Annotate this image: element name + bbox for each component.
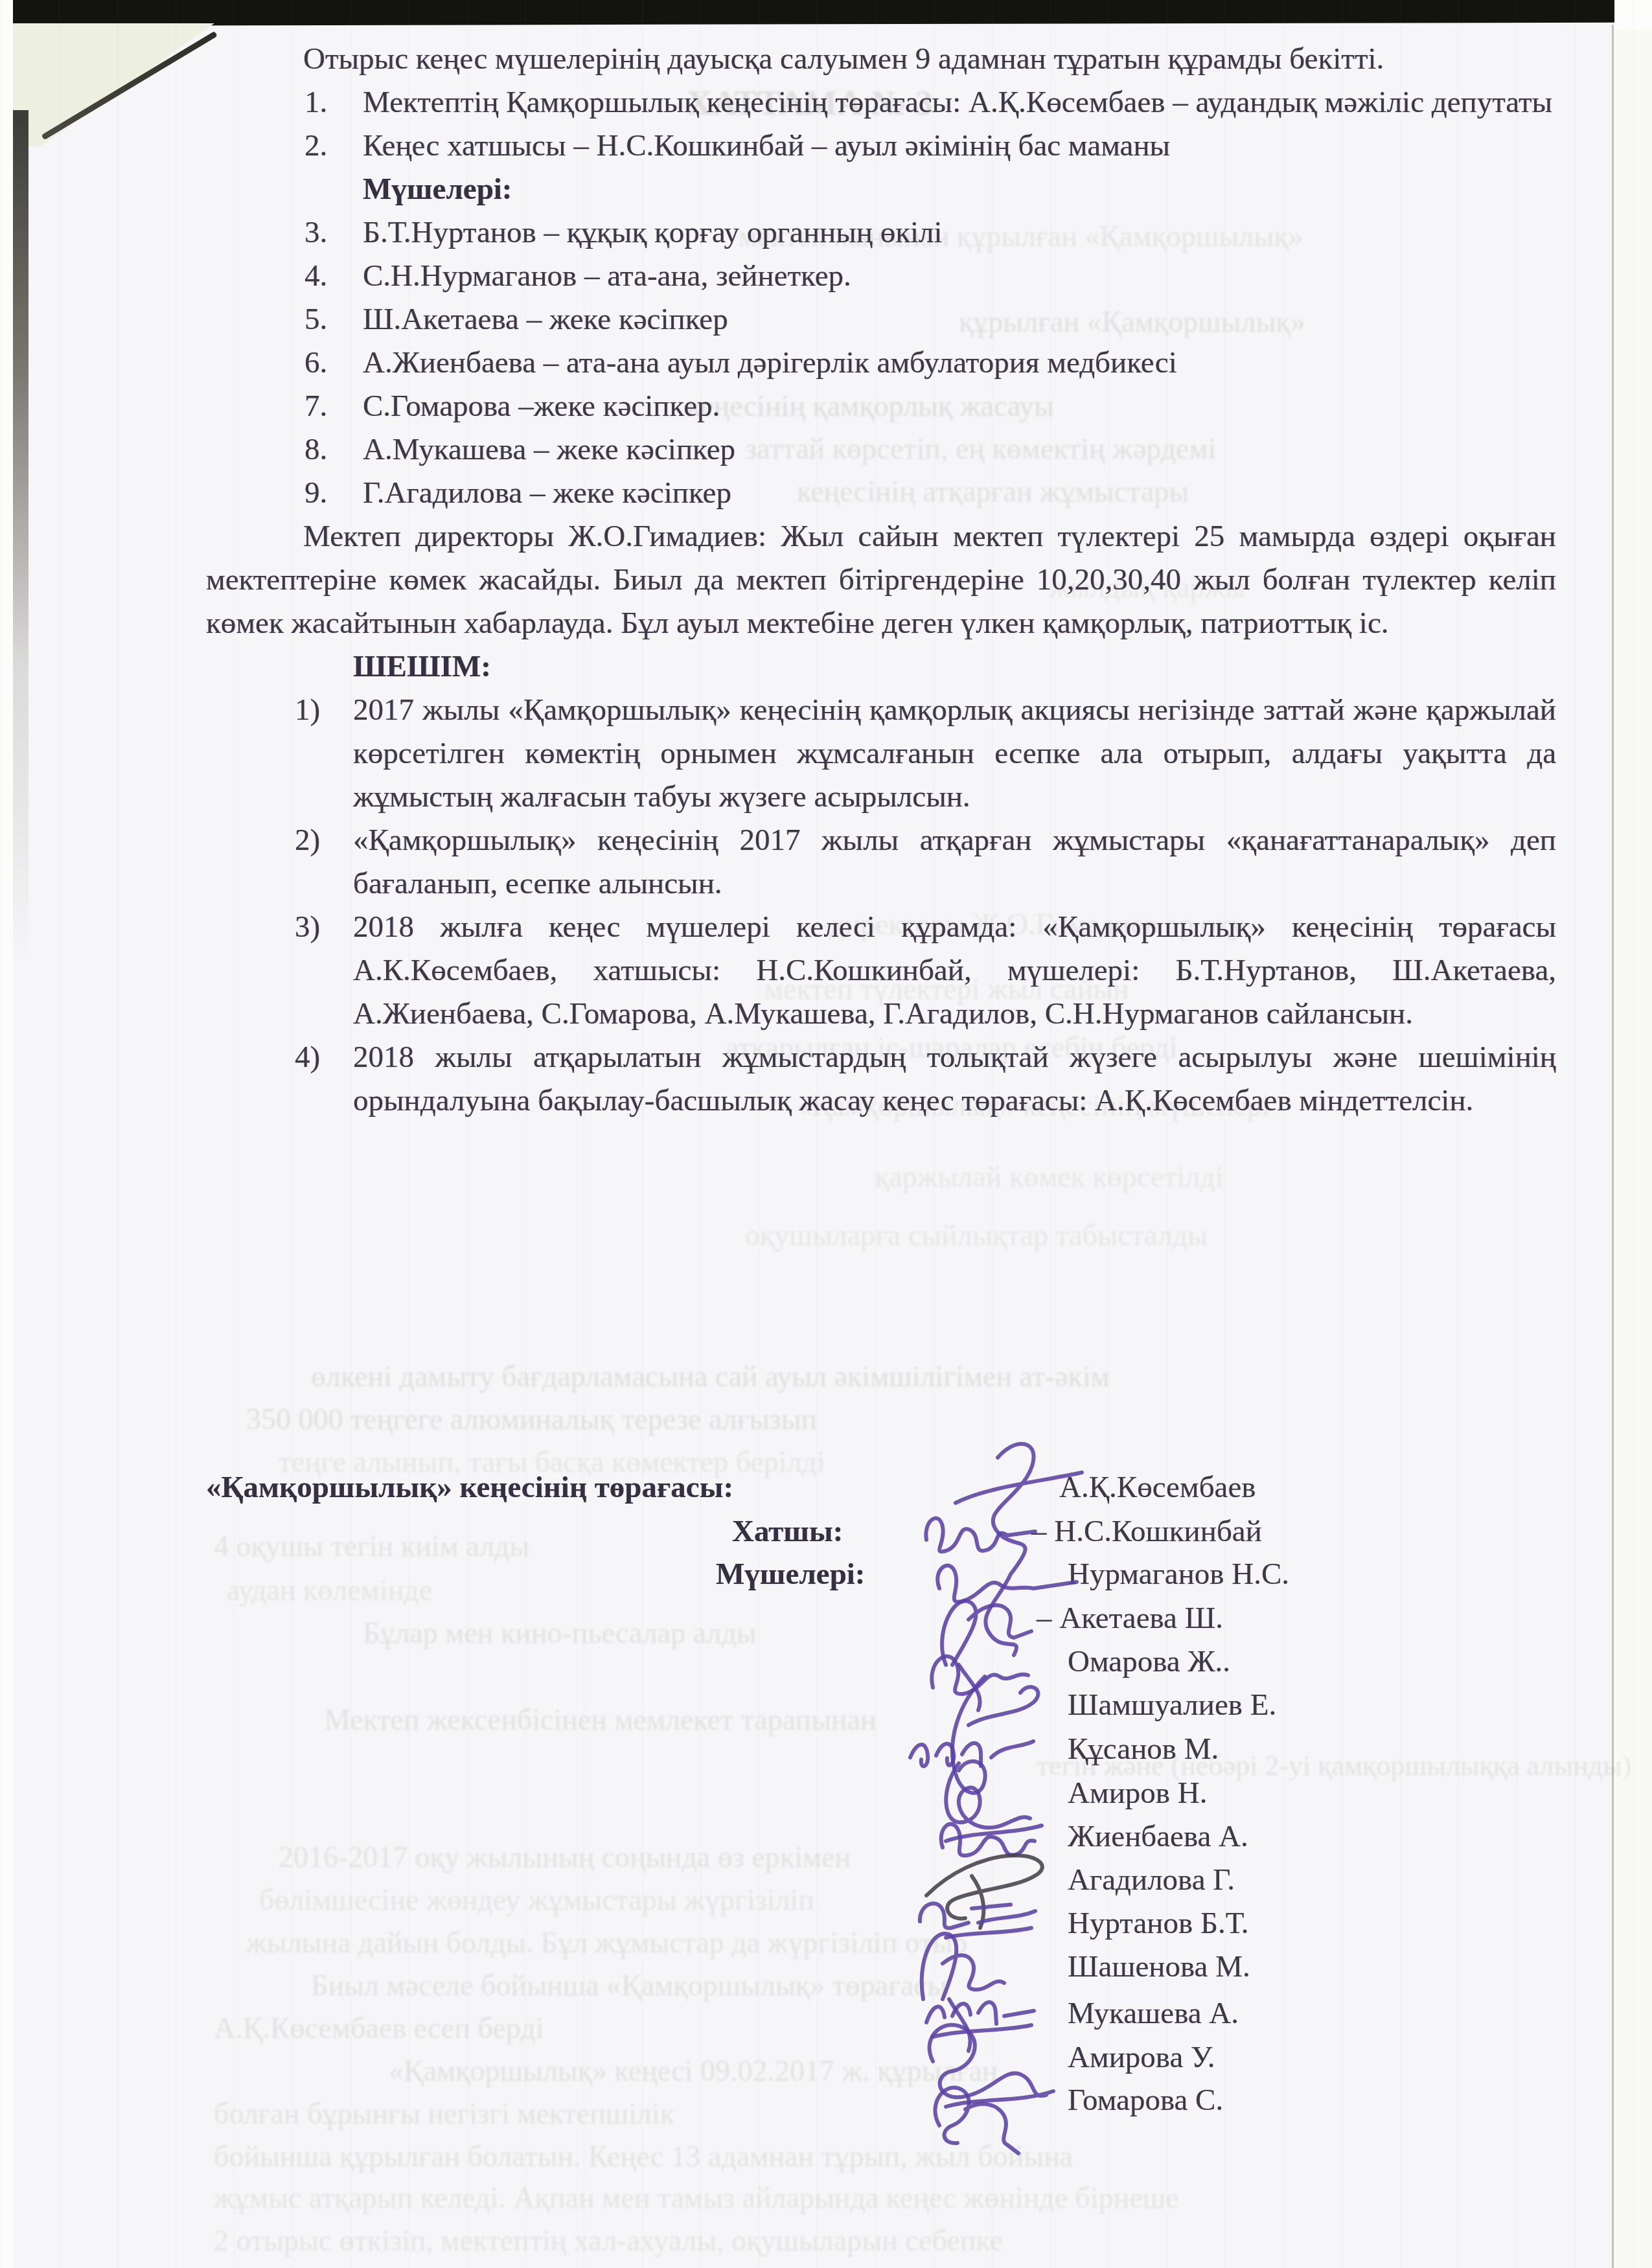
bleed-through-line: «Қамқоршылық» кеңесі 09.02.2017 ж. құрыл… xyxy=(389,2054,998,2088)
bleed-through-line: өлкені дамыту бағдарламасына сай ауыл әк… xyxy=(311,1359,1110,1393)
member-name: Амирова У. xyxy=(1068,2038,1215,2077)
bleed-through-line: қаржылай көмек көрсетілді xyxy=(875,1160,1223,1194)
bleed-through-line: бойынша құрылған болатын. Кеңес 13 адамн… xyxy=(214,2139,1073,2173)
chair-signature-row: «Қамқоршылық» кеңесінің төрағасы: xyxy=(206,1468,733,1507)
decision-text: 2018 жылы атқарылатын жұмыстардың толықт… xyxy=(353,1040,1556,1117)
zhienbaeva-signature xyxy=(941,1824,1035,1856)
list-marker: 3) xyxy=(295,906,350,949)
kusanov-signature xyxy=(910,1741,1033,1766)
list-item: 4. С.Н.Нурмаганов – ата-ана, зейнеткер. xyxy=(206,255,1556,298)
decision-text: 2018 жылға кеңес мүшелері келесі құрамда… xyxy=(353,910,1556,1031)
director-paragraph: Мектеп директоры Ж.О.Гимадиев: Жыл сайын… xyxy=(206,515,1556,645)
list-item-text: С.Гомарова –жеке кәсіпкер. xyxy=(363,389,720,423)
bleed-through-line: бөлімшесіне жөндеу жұмыстары жүргізіліп xyxy=(259,1883,814,1917)
bleed-through-line: аудан көлемінде xyxy=(227,1573,432,1607)
amirov-signature xyxy=(946,1763,1042,1841)
bleed-through-line: 4 оқушы тегін киім алды xyxy=(214,1529,529,1563)
member-name: Амиров Н. xyxy=(1068,1774,1207,1813)
scanned-document-page: ХАТТАМА № 3мектеп жанынан құрылған «Қамқ… xyxy=(0,0,1652,2268)
list-item-text: Ш.Акетаева – жеке кәсіпкер xyxy=(363,303,728,336)
member-name: Омарова Ж.. xyxy=(1068,1642,1230,1681)
amirova-signature xyxy=(930,2025,1053,2107)
member-name: Шашенова М. xyxy=(1068,1947,1250,1986)
member-name: Гомарова С. xyxy=(1068,2081,1223,2120)
bleed-through-line: Мектеп жексенбісінен мемлекет тарапынан xyxy=(324,1702,877,1737)
secretary-label: Хатшы: xyxy=(732,1512,843,1551)
list-marker: 3. xyxy=(304,211,360,255)
list-item: 8. А.Мукашева – жеке кәсіпкер xyxy=(206,428,1556,472)
list-marker: 2. xyxy=(304,124,360,168)
member-name: Нуртанов Б.Т. xyxy=(1068,1904,1248,1943)
shashenova-signature xyxy=(922,1934,1004,2051)
list-item-text: А.Мукашева – жеке кәсіпкер xyxy=(363,433,735,466)
agadilova-signature xyxy=(926,1855,1042,1928)
decision-item: 3) 2018 жылға кеңес мүшелері келесі құра… xyxy=(206,906,1556,1036)
document-body: Отырыс кеңес мүшелерінің дауысқа салуыме… xyxy=(0,0,1652,1123)
decisions-list: 1) 2017 жылы «Қамқоршылық» кеңесінің қам… xyxy=(206,689,1556,1123)
list-item-text: Мектептің Қамқоршылық кеңесінің төрағасы… xyxy=(363,86,1552,119)
list-marker: 7. xyxy=(304,385,360,428)
bleed-through-line: Бұлар мен кино-пьесалар алды xyxy=(363,1616,757,1650)
list-marker: 8. xyxy=(304,428,360,472)
list-marker: 6. xyxy=(304,341,360,385)
list-item-text: Б.Т.Нуртанов – құқық қорғау органның өкі… xyxy=(363,216,943,249)
decision-text: «Қамқоршылық» кеңесінің 2017 жылы атқарғ… xyxy=(353,823,1556,900)
koshkinbai-signature xyxy=(926,1518,1035,1552)
list-item-text: С.Н.Нурмаганов – ата-ана, зейнеткер. xyxy=(363,259,851,293)
members-heading: Мүшелері: xyxy=(206,168,1556,211)
chair-name: А.Қ.Көсембаев xyxy=(1059,1468,1256,1507)
member-name: Нурмаганов Н.С. xyxy=(1068,1555,1289,1594)
bleed-through-line: жылына дайын болды. Бұл жұмыстар да жүрг… xyxy=(246,1925,967,1960)
bleed-through-line: оқушыларға сыйлықтар табысталды xyxy=(745,1218,1208,1252)
board-composition-list: 1. Мектептің Қамқоршылық кеңесінің төрағ… xyxy=(206,81,1556,515)
list-marker: 1) xyxy=(295,689,350,732)
list-item: 7. С.Гомарова –жеке кәсіпкер. xyxy=(206,385,1556,428)
list-item: 9. Г.Агадилова – жеке кәсіпкер xyxy=(206,472,1556,515)
bleed-through-line: жұмыс атқарып келеді. Ақпан мен тамыз ай… xyxy=(214,2181,1179,2215)
member-name: Құсанов М. xyxy=(1068,1730,1219,1769)
list-item: 2. Кеңес хатшысы – Н.С.Кошкинбай – ауыл … xyxy=(206,124,1556,168)
bleed-through-line: Биыл мәселе бойынша «Қамқоршылық» төраға… xyxy=(311,1968,947,2002)
list-marker: 9. xyxy=(304,472,360,515)
omarova-signature xyxy=(932,1656,1028,1694)
member-name: Жиенбаева А. xyxy=(1068,1817,1248,1856)
list-marker: 2) xyxy=(295,819,350,862)
list-item-text: Кеңес хатшысы – Н.С.Кошкинбай – ауыл әкі… xyxy=(363,129,1170,163)
list-item: 6. А.Жиенбаева – ата-ана ауыл дәрігерлік… xyxy=(206,341,1556,385)
member-name: Шамшуалиев Е. xyxy=(1068,1686,1276,1724)
gomarova-signature xyxy=(935,2087,1018,2153)
list-item: 1. Мектептің Қамқоршылық кеңесінің төрағ… xyxy=(206,81,1556,124)
list-marker: 4. xyxy=(304,255,360,298)
decision-item: 1) 2017 жылы «Қамқоршылық» кеңесінің қам… xyxy=(206,689,1556,819)
member-name: Агадилова Г. xyxy=(1068,1861,1235,1899)
list-item-text: Г.Агадилова – жеке кәсіпкер xyxy=(363,476,731,510)
bleed-through-line: 2016-2017 оқу жылының соңында өз еркімен xyxy=(279,1840,851,1874)
chair-label: «Қамқоршылық» кеңесінің төрағасы: xyxy=(206,1471,733,1504)
bleed-through-line: 350 000 теңгеге алюминалық терезе алғызы… xyxy=(246,1402,817,1436)
member-name: Мукашева А. xyxy=(1068,1994,1239,2033)
decision-item: 4) 2018 жылы атқарылатын жұмыстардың тол… xyxy=(206,1036,1556,1123)
bleed-through-line: болған бұрынғы негізгі мектепшілік xyxy=(214,2096,674,2131)
list-item: 3. Б.Т.Нуртанов – құқық қорғау органның … xyxy=(206,211,1556,255)
intro-paragraph: Отырыс кеңес мүшелерінің дауысқа салуыме… xyxy=(206,38,1556,81)
member-name: – Акетаева Ш. xyxy=(1037,1599,1223,1638)
aketaeva-signature xyxy=(942,1601,1031,1710)
nurmaganov-signature xyxy=(937,1566,1077,1602)
bleed-through-line: А.Қ.Көсембаев есеп берді xyxy=(214,2011,544,2045)
bleed-through-line: 2 отырыс өткізіп, мектептің хал-ахуалы, … xyxy=(214,2223,1003,2258)
list-marker: 4) xyxy=(295,1036,350,1079)
decision-item: 2) «Қамқоршылық» кеңесінің 2017 жылы атқ… xyxy=(206,819,1556,906)
nurtanov-signature xyxy=(920,1903,1035,1938)
list-item-text: А.Жиенбаева – ата-ана ауыл дәрігерлік ам… xyxy=(363,346,1177,380)
members-label: Мүшелері: xyxy=(716,1555,865,1594)
list-marker: 5. xyxy=(304,298,360,341)
shamshualiev-signature xyxy=(952,1677,1038,1793)
decision-heading: ШЕШІМ: xyxy=(206,645,1556,689)
mukasheva-signature xyxy=(926,2002,1034,2037)
list-marker: 1. xyxy=(304,81,360,124)
list-item: 5. Ш.Акетаева – жеке кәсіпкер xyxy=(206,298,1556,341)
decision-text: 2017 жылы «Қамқоршылық» кеңесінің қамқор… xyxy=(353,693,1556,814)
secretary-name: – Н.С.Кошкинбай xyxy=(1031,1512,1262,1551)
